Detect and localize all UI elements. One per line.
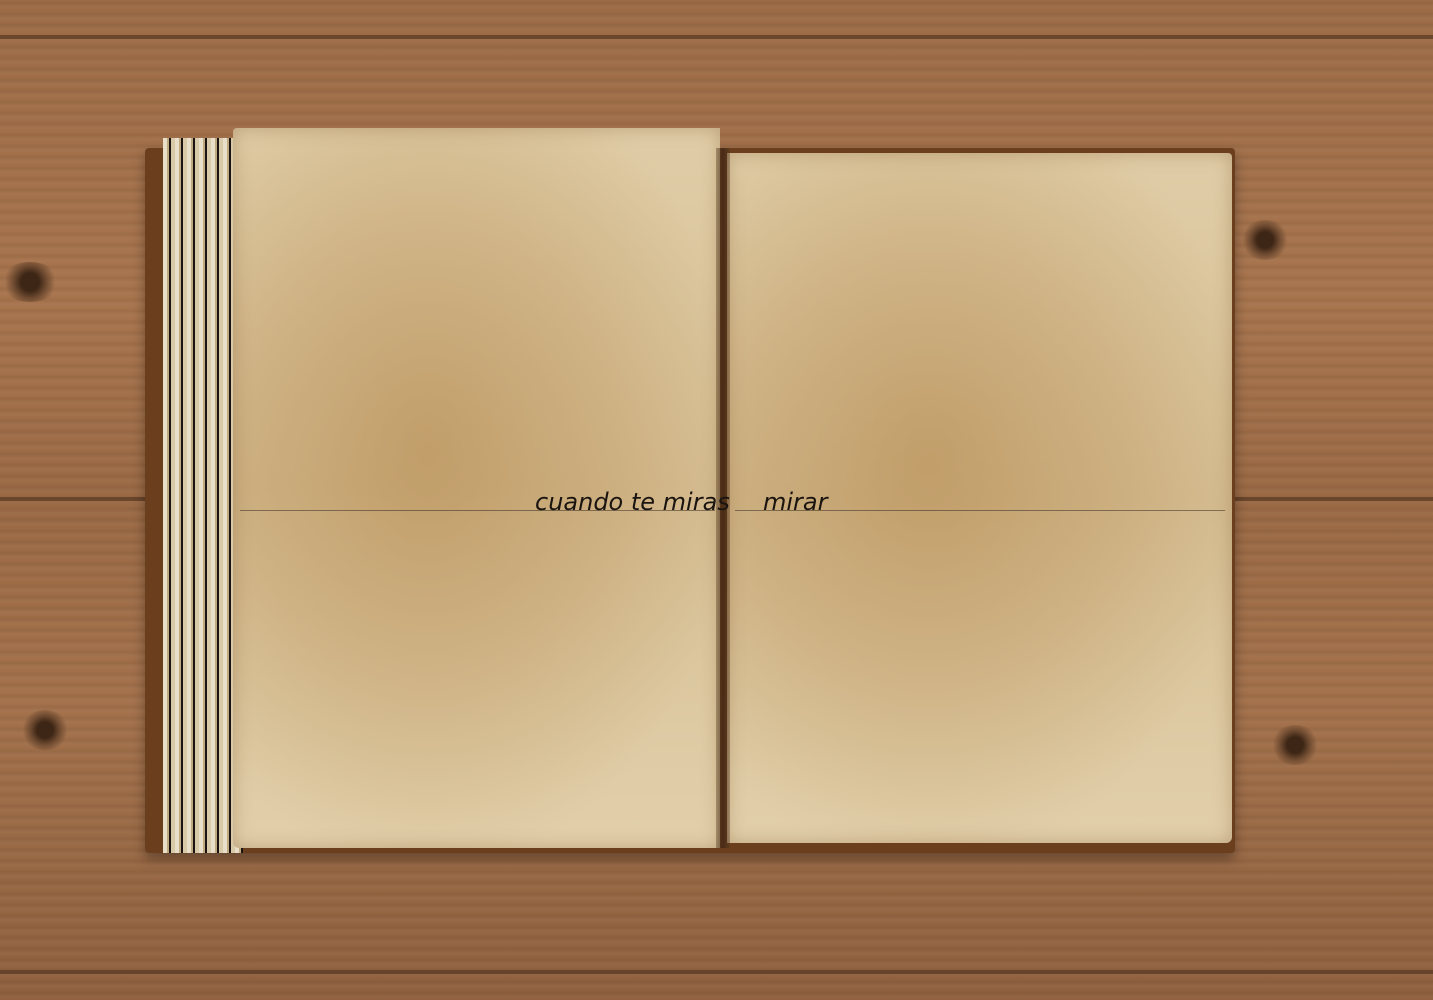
handwriting-right: mirar — [763, 488, 828, 516]
wood-knot — [0, 262, 60, 302]
wood-knot — [1240, 220, 1290, 260]
plank-seam — [0, 970, 1433, 974]
handwriting-left: cuando te miras — [535, 488, 730, 516]
wood-knot — [1270, 725, 1320, 765]
plank-seam — [0, 35, 1433, 39]
page-edges — [163, 138, 243, 853]
open-book: cuando te miras mirar — [145, 128, 1235, 858]
wood-knot — [20, 710, 70, 750]
